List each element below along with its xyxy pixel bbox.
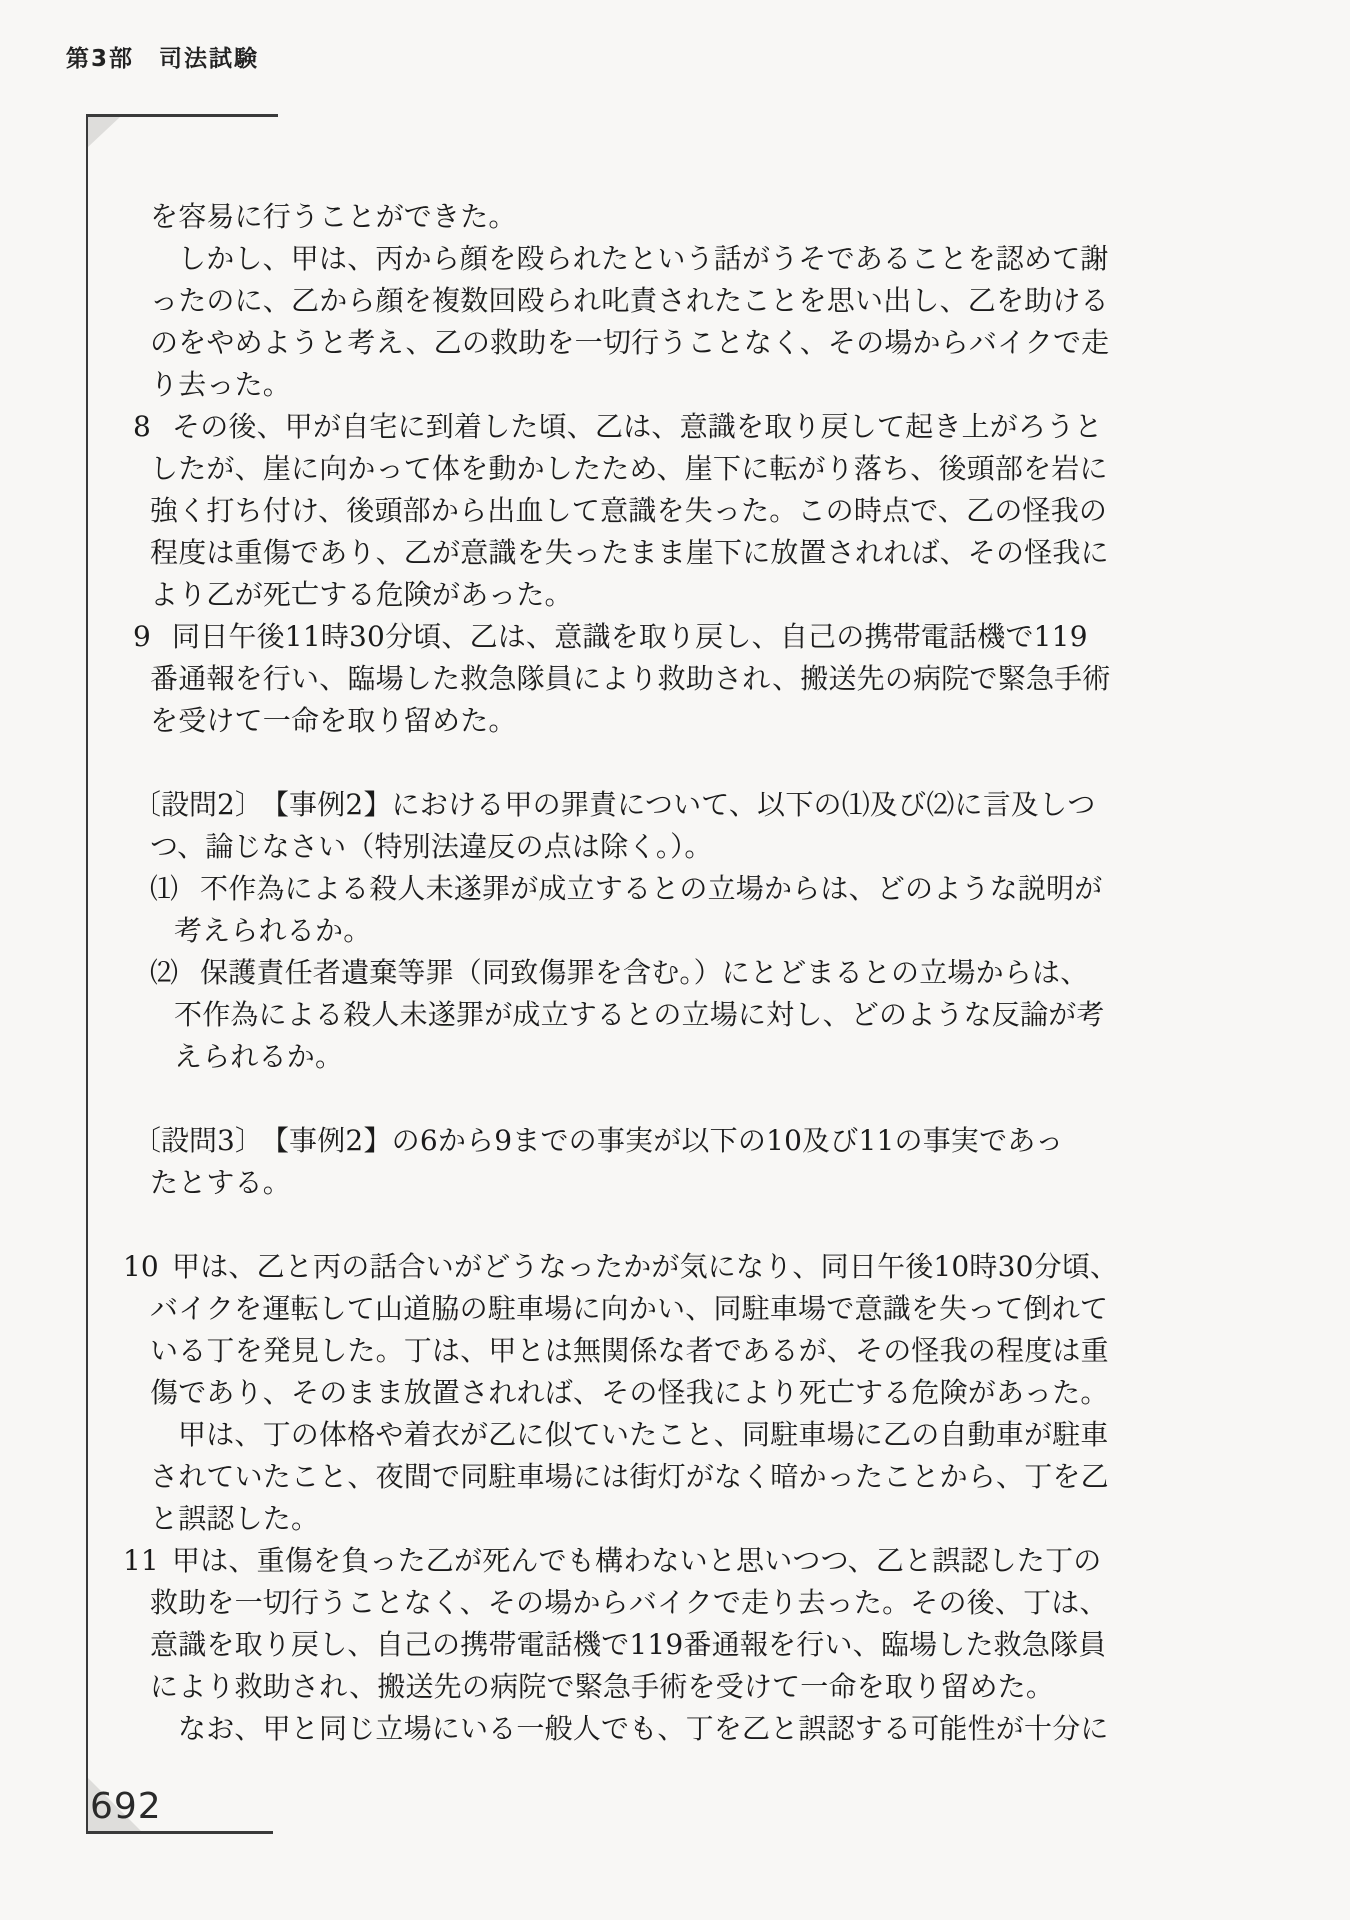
text-line: つ、論じなさい（特別法違反の点は除く。）。 (150, 826, 1165, 868)
text-line: しかし、甲は、丙から顔を殴られたという話がうそであることを認めて謝 (150, 238, 1165, 280)
item-number: ⑴ (150, 868, 200, 910)
text-line: 甲は、丁の体格や着衣が乙に似ていたこと、同駐車場に乙の自動車が駐車 (150, 1414, 1165, 1456)
paragraph-number: 10 (123, 1246, 172, 1288)
text-line: 程度は重傷であり、乙が意識を失ったまま崖下に放置されれば、その怪我に (150, 532, 1165, 574)
top-corner-triangle (88, 117, 120, 147)
paragraph-number: 9 (133, 616, 172, 658)
text-line: り去った。 (150, 364, 1165, 406)
text-line: より乙が死亡する危険があった。 (150, 574, 1165, 616)
sub-question-1: ⑴不作為による殺人未遂罪が成立するとの立場からは、どのような説明が (150, 868, 1165, 910)
paragraph-number: 8 (133, 406, 172, 448)
text-line: 不作為による殺人未遂罪が成立するとの立場に対し、どのような反論が考 (174, 994, 1165, 1036)
page-number: 692 (90, 1786, 162, 1827)
text-line: と誤認した。 (150, 1498, 1165, 1540)
text-line: 救助を一切行うことなく、その場からバイクで走り去った。その後、丁は、 (150, 1582, 1165, 1624)
text-line: 考えられるか。 (174, 910, 1165, 952)
text-line: 意識を取り戻し、自己の携帯電話機で119番通報を行い、臨場した救急隊員 (150, 1624, 1165, 1666)
text-line: 強く打ち付け、後頭部から出血して意識を失った。この時点で、乙の怪我の (150, 490, 1165, 532)
running-header: 第3部 司法試験 (66, 40, 259, 73)
header-rule (86, 114, 278, 117)
main-text: を容易に行うことができた。 しかし、甲は、丙から顔を殴られたという話がうそである… (150, 196, 1165, 1750)
footer-rule (86, 1831, 273, 1834)
paragraph-10-start: 10甲は、乙と丙の話合いがどうなったかが気になり、同日午後10時30分頃、 (123, 1246, 1165, 1288)
paragraph-8-start: 8その後、甲が自宅に到着した頃、乙は、意識を取り戻して起き上がろうと (133, 406, 1165, 448)
text-line: を受けて一命を取り留めた。 (150, 700, 1165, 742)
sub-question-2: ⑵保護責任者遺棄等罪（同致傷罪を含む。）にとどまるとの立場からは、 (150, 952, 1165, 994)
text-line: 傷であり、そのまま放置されれば、その怪我により死亡する危険があった。 (150, 1372, 1165, 1414)
text-line: バイクを運転して山道脇の駐車場に向かい、同駐車場で意識を失って倒れて (150, 1288, 1165, 1330)
paragraph-9-start: 9同日午後11時30分頃、乙は、意識を取り戻し、自己の携帯電話機で119 (133, 616, 1165, 658)
text-line: なお、甲と同じ立場にいる一般人でも、丁を乙と誤認する可能性が十分に (150, 1708, 1165, 1750)
paragraph-number: 11 (123, 1540, 172, 1582)
text-line: を容易に行うことができた。 (150, 196, 1165, 238)
question-2-heading: 〔設問2〕【事例2】における甲の罪責について、以下の⑴及び⑵に言及しつ (133, 784, 1165, 826)
text-line: されていたこと、夜間で同駐車場には街灯がなく暗かったことから、丁を乙 (150, 1456, 1165, 1498)
text-line: のをやめようと考え、乙の救助を一切行うことなく、その場からバイクで走 (150, 322, 1165, 364)
paragraph-11-start: 11甲は、重傷を負った乙が死んでも構わないと思いつつ、乙と誤認した丁の (123, 1540, 1165, 1582)
book-page: 第3部 司法試験 692 を容易に行うことができた。 しかし、甲は、丙から顔を殴… (0, 0, 1350, 1920)
text-line: えられるか。 (174, 1036, 1165, 1078)
text-line: たとする。 (150, 1162, 1165, 1204)
text-line: 番通報を行い、臨場した救急隊員により救助され、搬送先の病院で緊急手術 (150, 658, 1165, 700)
item-number: ⑵ (150, 952, 200, 994)
left-margin-rule (86, 114, 88, 1833)
text-line: いる丁を発見した。丁は、甲とは無関係な者であるが、その怪我の程度は重 (150, 1330, 1165, 1372)
text-line: ったのに、乙から顔を複数回殴られ叱責されたことを思い出し、乙を助ける (150, 280, 1165, 322)
text-line: したが、崖に向かって体を動かしたため、崖下に転がり落ち、後頭部を岩に (150, 448, 1165, 490)
question-label: 〔設問3〕 (133, 1124, 275, 1157)
question-3-heading: 〔設問3〕【事例2】の6から9までの事実が以下の10及び11の事実であっ (133, 1120, 1165, 1162)
text-line: により救助され、搬送先の病院で緊急手術を受けて一命を取り留めた。 (150, 1666, 1165, 1708)
question-label: 〔設問2〕 (133, 788, 275, 821)
